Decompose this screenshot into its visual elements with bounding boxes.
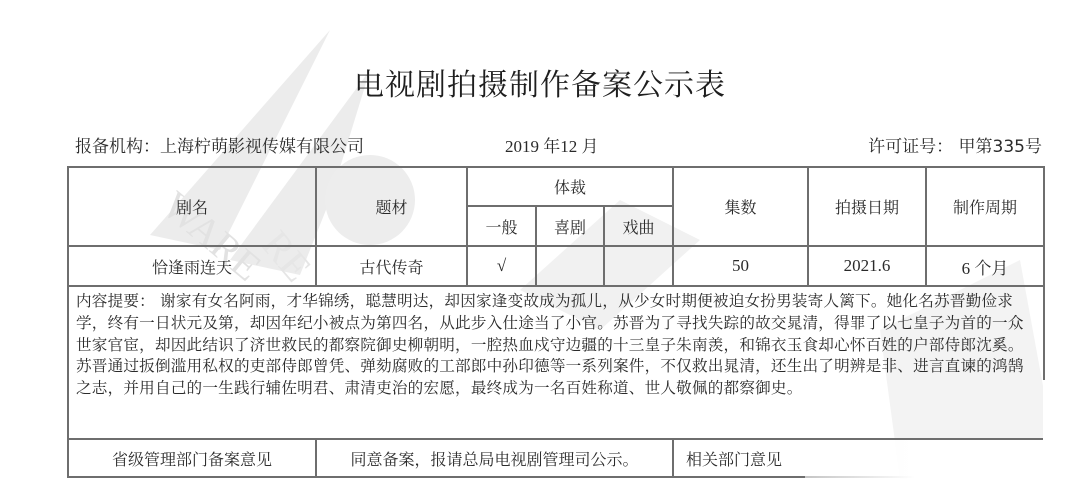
header-shoot-date: 拍摄日期 (808, 167, 926, 246)
cell-genre-comedy (536, 246, 604, 286)
header-name: 剧名 (68, 167, 316, 246)
provincial-filing-label: 省级管理部门备案意见 (68, 439, 316, 477)
content-summary: 内容提要： 谢家有女名阿雨，才华锦绣，聪慧明达，却因家逢变故成为孤儿，从少女时期… (68, 286, 1044, 439)
header-episodes: 集数 (673, 167, 808, 246)
cell-genre-general-checkmark: √ (467, 246, 536, 286)
filing-table: 剧名 题材 体裁 集数 拍摄日期 制作周期 一般 喜剧 戏曲 恰逢雨连天 古代传… (67, 166, 1045, 478)
table-row: 恰逢雨连天 古代传奇 √ 50 2021.6 6 个月 (68, 246, 1044, 286)
header-genre-general: 一般 (467, 206, 536, 246)
header-subject: 题材 (316, 167, 467, 246)
header-production-cycle: 制作周期 (926, 167, 1044, 246)
filing-date: 2019 年12 月 (505, 132, 599, 157)
header-genre: 体裁 (467, 167, 673, 206)
image-fade-overlay-right (1043, 380, 1080, 479)
cell-subject: 古代传奇 (316, 246, 467, 286)
cell-genre-opera (604, 246, 673, 286)
image-fade-overlay (805, 440, 1080, 479)
cell-episodes: 50 (673, 246, 808, 286)
cell-name: 恰逢雨连天 (68, 246, 316, 286)
cell-production-cycle: 6 个月 (926, 246, 1044, 286)
related-department-text: 相关部门意见 (686, 450, 782, 469)
filing-organization: 报备机构：上海柠萌影视传媒有限公司 (75, 132, 364, 157)
header-genre-comedy: 喜剧 (536, 206, 604, 246)
cell-shoot-date: 2021.6 (808, 246, 926, 286)
provincial-filing-opinion: 同意备案，报请总局电视剧管理司公示。 (316, 439, 673, 477)
document-title: 电视剧拍摄制作备案公示表 (0, 60, 1080, 104)
license-number: 许可证号： 甲第335号 (868, 132, 1042, 157)
header-genre-opera: 戏曲 (604, 206, 673, 246)
